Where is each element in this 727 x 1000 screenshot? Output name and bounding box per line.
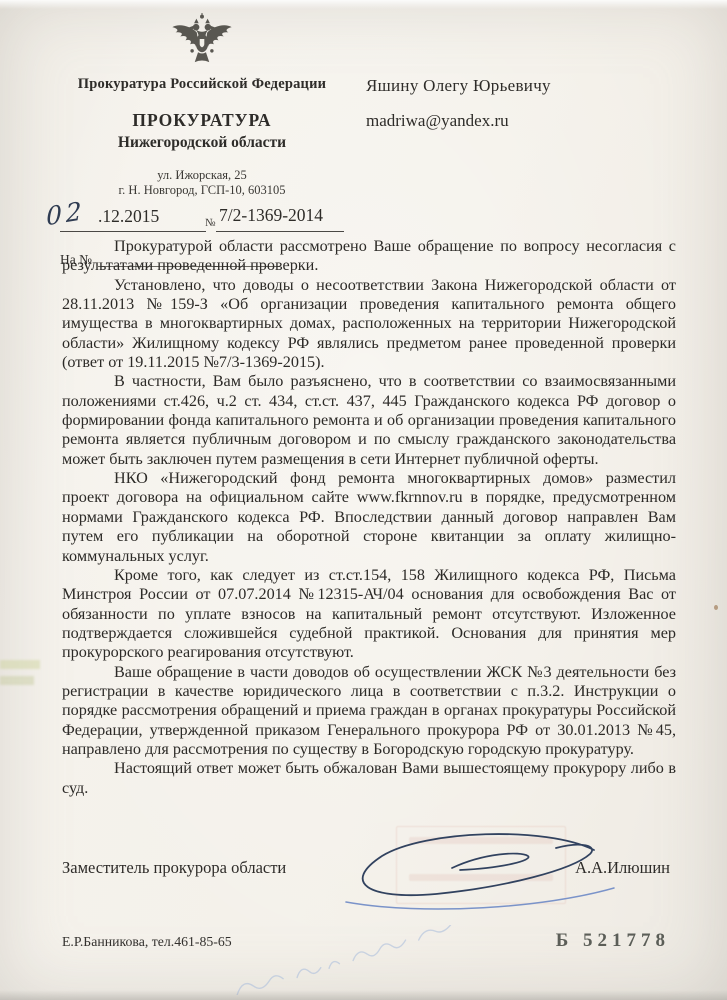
- paragraph-2: Установлено, что доводы о несоответствии…: [62, 276, 676, 373]
- letter-body: Прокуратурой области рассмотрено Ваше об…: [62, 237, 676, 798]
- typed-date: .12.2015: [98, 206, 159, 227]
- bleed-mark: [0, 660, 40, 669]
- date-underline: [60, 231, 206, 232]
- org-parent-title: Прокуратура Российской Федерации: [56, 76, 348, 93]
- scanned-letter-page: Прокуратура Российской Федерации ПРОКУРА…: [0, 0, 727, 1000]
- handwriting-bleed-through: [225, 925, 475, 995]
- recipient-email: madriwa@yandex.ru: [366, 111, 551, 131]
- number-underline: [216, 231, 344, 232]
- org-name: ПРОКУРАТУРА: [56, 110, 348, 131]
- number-sign: №: [205, 217, 216, 229]
- recipient-name: Яшину Олегу Юрьевичу: [366, 76, 551, 96]
- closing-row: Заместитель прокурора области А.А.Илюшин: [62, 858, 670, 878]
- paragraph-1: Прокуратурой области рассмотрено Ваше об…: [62, 237, 676, 276]
- paragraph-5: Кроме того, как следует из ст.ст.154, 15…: [62, 566, 676, 663]
- paragraph-4: НКО «Нижегородский фонд ремонта многоква…: [62, 469, 676, 566]
- org-region: Нижегородской области: [56, 134, 348, 152]
- coat-of-arms-icon: [169, 12, 235, 70]
- paragraph-6: Ваше обращение в части доводов об осущес…: [62, 663, 676, 760]
- executor-contact: Е.Р.Банникова, тел.461-85-65: [62, 934, 232, 950]
- address-line-2: г. Н. Новгород, ГСП-10, 603105: [56, 183, 348, 198]
- document-number: 7/2-1369-2014: [219, 205, 323, 226]
- bleed-mark: [0, 676, 34, 685]
- stamp-bleed-left-edge: [0, 660, 42, 698]
- form-number-stamp: Б 521778: [556, 930, 670, 952]
- paragraph-7: Настоящий ответ может быть обжалован Вам…: [62, 759, 676, 798]
- signer-position: Заместитель прокурора области: [62, 858, 286, 878]
- org-address: ул. Ижорская, 25 г. Н. Новгород, ГСП-10,…: [56, 168, 348, 198]
- recipient-block: Яшину Олегу Юрьевичу madriwa@yandex.ru: [366, 76, 551, 131]
- handwritten-date-day: 02: [46, 196, 86, 232]
- signer-name: А.А.Илюшин: [575, 858, 670, 878]
- address-line-1: ул. Ижорская, 25: [56, 168, 348, 183]
- scan-speck: [714, 605, 718, 610]
- letterhead: Прокуратура Российской Федерации ПРОКУРА…: [56, 12, 348, 272]
- paragraph-3: В частности, Вам было разъяснено, что в …: [62, 372, 676, 469]
